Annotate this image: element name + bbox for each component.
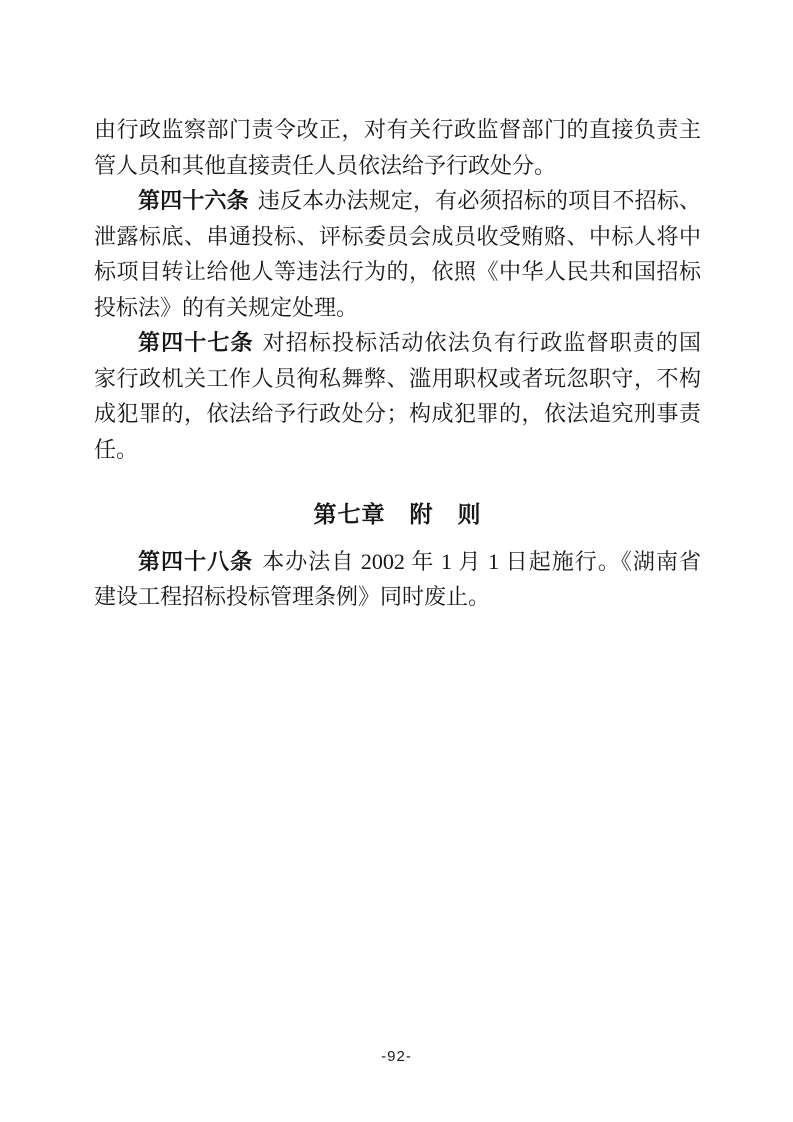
body-line: 任。 (94, 432, 701, 468)
body-line: 泄露标底、串通投标、评标委员会成员收受贿赂、中标人将中 (94, 219, 701, 255)
body-line: 成犯罪的，依法给予行政处分；构成犯罪的，依法追究刑事责 (94, 396, 701, 432)
page-number: -92- (381, 1048, 412, 1065)
body-line-text: 本办法自 2002 年 1 月 1 日起施行。《湖南省 (262, 549, 701, 574)
body-line: 第四十八条本办法自 2002 年 1 月 1 日起施行。《湖南省 (94, 544, 701, 580)
body-line: 建设工程招标投标管理条例》同时废止。 (94, 579, 701, 615)
body-line: 管人员和其他直接责任人员依法给予行政处分。 (94, 148, 701, 184)
document-body: 由行政监察部门责令改正，对有关行政监督部门的直接负责主 管人员和其他直接责任人员… (94, 112, 701, 615)
document-page: 由行政监察部门责令改正，对有关行政监督部门的直接负责主 管人员和其他直接责任人员… (0, 0, 793, 1122)
body-line: 投标法》的有关规定处理。 (94, 290, 701, 326)
body-line: 第四十六条违反本办法规定，有必须招标的项目不招标、 (94, 183, 701, 219)
body-line: 标项目转让给他人等违法行为的，依照《中华人民共和国招标 (94, 254, 701, 290)
page-footer: -92- (0, 1048, 793, 1065)
article-48-label: 第四十八条 (138, 549, 253, 574)
body-line-text: 对招标投标活动依法负有行政监督职责的国 (263, 330, 701, 355)
body-line: 由行政监察部门责令改正，对有关行政监督部门的直接负责主 (94, 112, 701, 148)
chapter-heading: 第七章 附 则 (94, 497, 701, 533)
article-46-label: 第四十六条 (138, 188, 249, 213)
body-line: 第四十七条对招标投标活动依法负有行政监督职责的国 (94, 325, 701, 361)
body-line: 家行政机关工作人员徇私舞弊、滥用职权或者玩忽职守，不构 (94, 361, 701, 397)
article-47-label: 第四十七条 (138, 330, 254, 355)
body-line-text: 违反本办法规定，有必须招标的项目不招标、 (258, 188, 701, 213)
